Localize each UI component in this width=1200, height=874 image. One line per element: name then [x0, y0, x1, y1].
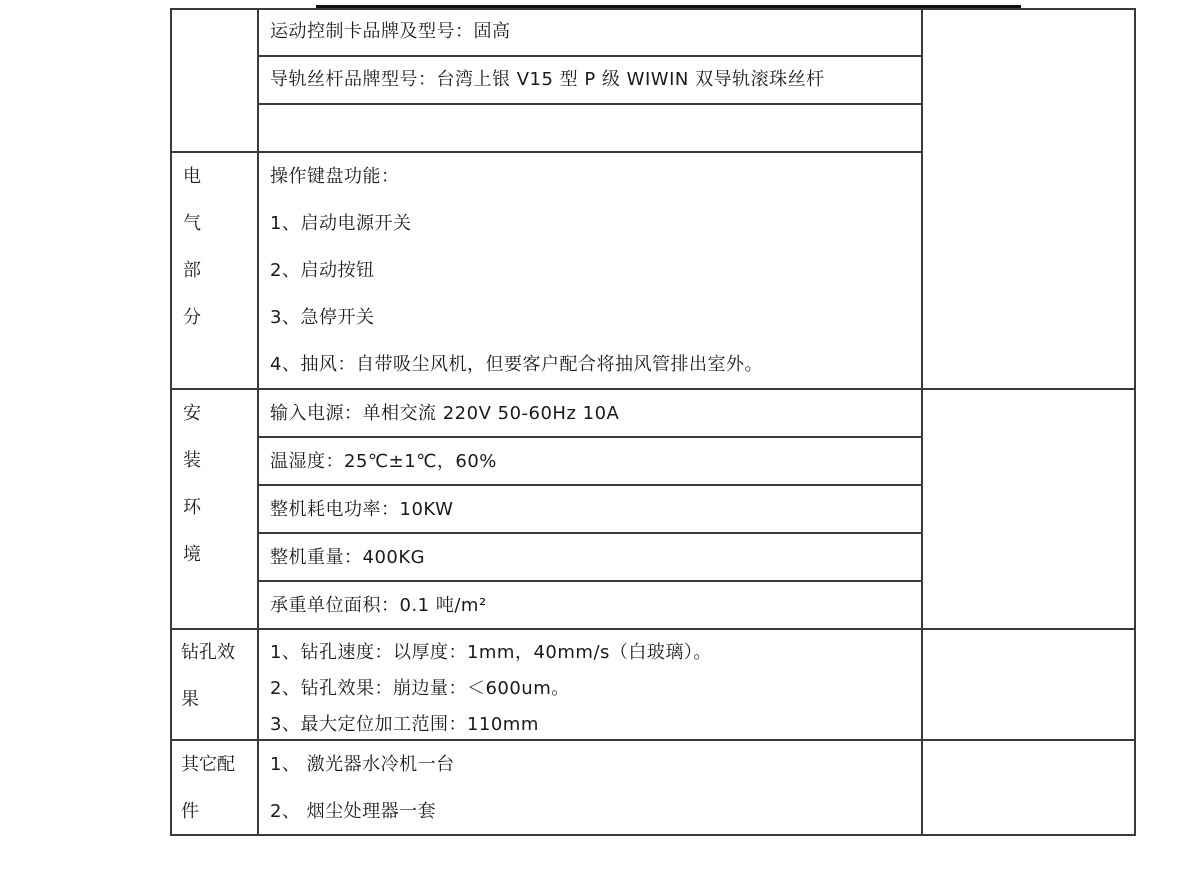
spec-motion-card: 运动控制卡品牌及型号：固高 — [270, 21, 511, 43]
electrical-line: 3、急停开关 — [270, 307, 374, 329]
section-divider — [170, 151, 922, 153]
electrical-line: 4、抽风：自带吸尘风机，但要客户配合将抽风管排出室外。 — [270, 354, 763, 376]
section-label-install-char: 境 — [183, 544, 201, 566]
electrical-line: 操作键盘功能： — [270, 166, 400, 188]
section-label-install-char: 环 — [183, 497, 201, 519]
install-weight: 整机重量：400KG — [270, 547, 425, 569]
accessory-line: 1、 激光器水冷机一台 — [270, 754, 455, 776]
install-wattage: 整机耗电功率：10KW — [270, 499, 453, 521]
install-load: 承重单位面积：0.1 吨/m² — [270, 595, 487, 617]
table-border-top — [170, 8, 1136, 10]
spec-guide-rail: 导轨丝杆品牌型号：台湾上银 V15 型 P 级 WIWIN 双导轨滚珠丝杆 — [270, 69, 825, 91]
drilling-line: 2、钻孔效果：崩边量：＜600um。 — [270, 678, 570, 700]
install-humidity: 温湿度：25℃±1℃，60% — [270, 451, 497, 473]
section-label-accessories: 件 — [181, 801, 199, 823]
column-divider-2 — [921, 8, 923, 836]
electrical-line: 2、启动按钮 — [270, 260, 374, 282]
section-label-electrical-char: 部 — [183, 260, 201, 282]
section-label-install-char: 安 — [183, 403, 201, 425]
section-label-install-char: 装 — [183, 450, 201, 472]
install-power: 输入电源：单相交流 220V 50-60Hz 10A — [270, 403, 619, 425]
column-divider-1 — [257, 8, 259, 836]
table-border-left — [170, 8, 172, 836]
accessory-line: 2、 烟尘处理器一套 — [270, 801, 436, 823]
section-divider — [170, 739, 1136, 741]
electrical-line: 1、启动电源开关 — [270, 213, 411, 235]
row-divider — [258, 55, 922, 57]
section-label-drilling: 钻孔效 — [181, 642, 235, 664]
row-divider — [258, 436, 922, 438]
row-divider — [258, 103, 922, 105]
drilling-line: 1、钻孔速度：以厚度：1mm，40mm/s（白玻璃）。 — [270, 642, 712, 664]
section-label-electrical-char: 气 — [183, 213, 201, 235]
section-label-electrical-char: 分 — [183, 307, 201, 329]
row-divider — [258, 532, 922, 534]
table-border-right — [1134, 8, 1136, 836]
spec-table: 运动控制卡品牌及型号：固高 导轨丝杆品牌型号：台湾上银 V15 型 P 级 WI… — [170, 8, 1136, 836]
section-divider — [170, 628, 1136, 630]
row-divider — [258, 580, 922, 582]
section-divider — [170, 388, 1136, 390]
section-label-accessories: 其它配 — [181, 754, 235, 776]
drilling-line: 3、最大定位加工范围：110mm — [270, 714, 539, 736]
section-label-electrical-char: 电 — [183, 166, 201, 188]
table-border-bottom — [170, 834, 1136, 836]
section-label-drilling: 果 — [181, 689, 199, 711]
row-divider — [258, 484, 922, 486]
